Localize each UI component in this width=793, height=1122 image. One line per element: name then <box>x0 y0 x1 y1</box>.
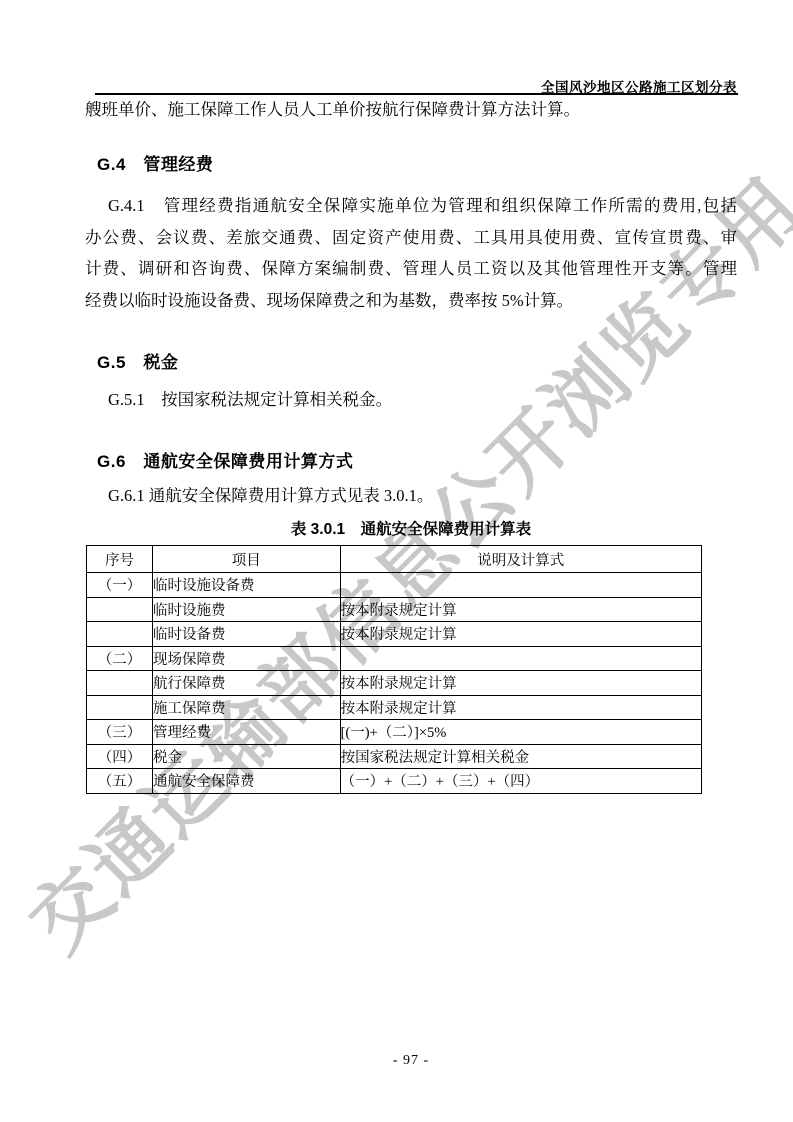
section-heading-g5: G.5 税金 <box>97 348 178 373</box>
cell-item: 管理经费 <box>152 720 340 745</box>
section-heading-g6: G.6 通航安全保障费用计算方式 <box>97 447 353 472</box>
cell-seq <box>87 622 153 647</box>
cell-seq <box>87 695 153 720</box>
cell-item: 航行保障费 <box>152 671 340 696</box>
table-row: （四） 税金 按国家税法规定计算相关税金 <box>87 744 702 769</box>
cell-seq: （四） <box>87 744 153 769</box>
cell-calc: （一）+（二）+（三）+（四） <box>340 769 701 794</box>
clause-g41-line: 办公费、会议费、差旅交通费、固定资产使用费、工具用具使用费、宣传宣贯费、审 <box>85 222 737 254</box>
document-page: 交通运输部信息公开浏览专用 全国风沙地区公路施工区划分表 艘班单价、施工保障工作… <box>0 0 793 1122</box>
cell-calc: 按本附录规定计算 <box>340 622 701 647</box>
page-number: - 97 - <box>85 1053 737 1069</box>
cell-item: 现场保障费 <box>152 646 340 671</box>
continuation-paragraph: 艘班单价、施工保障工作人员人工单价按航行保障费计算方法计算。 <box>85 100 737 120</box>
table-row: 临时设备费 按本附录规定计算 <box>87 622 702 647</box>
cell-seq: （五） <box>87 769 153 794</box>
cell-item: 临时设施设备费 <box>152 573 340 598</box>
cell-seq: （一） <box>87 573 153 598</box>
cell-calc <box>340 646 701 671</box>
cell-item: 税金 <box>152 744 340 769</box>
table-header-row: 序号 项目 说明及计算式 <box>87 546 702 573</box>
col-header-seq: 序号 <box>87 546 153 573</box>
cell-item: 施工保障费 <box>152 695 340 720</box>
clause-g41-line: G.4.1 管理经费指通航安全保障实施单位为管理和组织保障工作所需的费用,包括 <box>85 190 737 222</box>
table-title: 表 3.0.1 通航安全保障费用计算表 <box>85 517 737 539</box>
clause-g61: G.6.1 通航安全保障费用计算方式见表 3.0.1。 <box>85 486 737 506</box>
cell-item: 临时设施费 <box>152 597 340 622</box>
header-rule <box>95 93 738 95</box>
table-row: （二） 现场保障费 <box>87 646 702 671</box>
cell-seq <box>87 671 153 696</box>
cell-seq: （二） <box>87 646 153 671</box>
cell-seq <box>87 597 153 622</box>
cell-item: 通航安全保障费 <box>152 769 340 794</box>
cell-calc: 按国家税法规定计算相关税金 <box>340 744 701 769</box>
col-header-item: 项目 <box>152 546 340 573</box>
cell-calc <box>340 573 701 598</box>
cell-calc: [(一)+（二）]×5% <box>340 720 701 745</box>
clause-g41-line: 计费、调研和咨询费、保障方案编制费、管理人员工资以及其他管理性开支等。管理 <box>85 253 737 285</box>
clause-g51: G.5.1 按国家税法规定计算相关税金。 <box>85 390 737 410</box>
table-row: 航行保障费 按本附录规定计算 <box>87 671 702 696</box>
table-row: （三） 管理经费 [(一)+（二）]×5% <box>87 720 702 745</box>
cell-calc: 按本附录规定计算 <box>340 671 701 696</box>
cell-seq: （三） <box>87 720 153 745</box>
cost-calculation-table: 序号 项目 说明及计算式 （一） 临时设施设备费 临时设施费 按本附录规定计算 … <box>86 545 702 794</box>
section-heading-g4: G.4 管理经费 <box>97 150 213 175</box>
clause-g41-line: 经费以临时设施设备费、现场保障费之和为基数，费率按 5%计算。 <box>85 285 737 317</box>
table-row: （五） 通航安全保障费 （一）+（二）+（三）+（四） <box>87 769 702 794</box>
cell-item: 临时设备费 <box>152 622 340 647</box>
table-row: （一） 临时设施设备费 <box>87 573 702 598</box>
clause-g41-paragraph: G.4.1 管理经费指通航安全保障实施单位为管理和组织保障工作所需的费用,包括 … <box>85 190 737 316</box>
cell-calc: 按本附录规定计算 <box>340 597 701 622</box>
table-row: 施工保障费 按本附录规定计算 <box>87 695 702 720</box>
col-header-calc: 说明及计算式 <box>340 546 701 573</box>
table-row: 临时设施费 按本附录规定计算 <box>87 597 702 622</box>
cell-calc: 按本附录规定计算 <box>340 695 701 720</box>
